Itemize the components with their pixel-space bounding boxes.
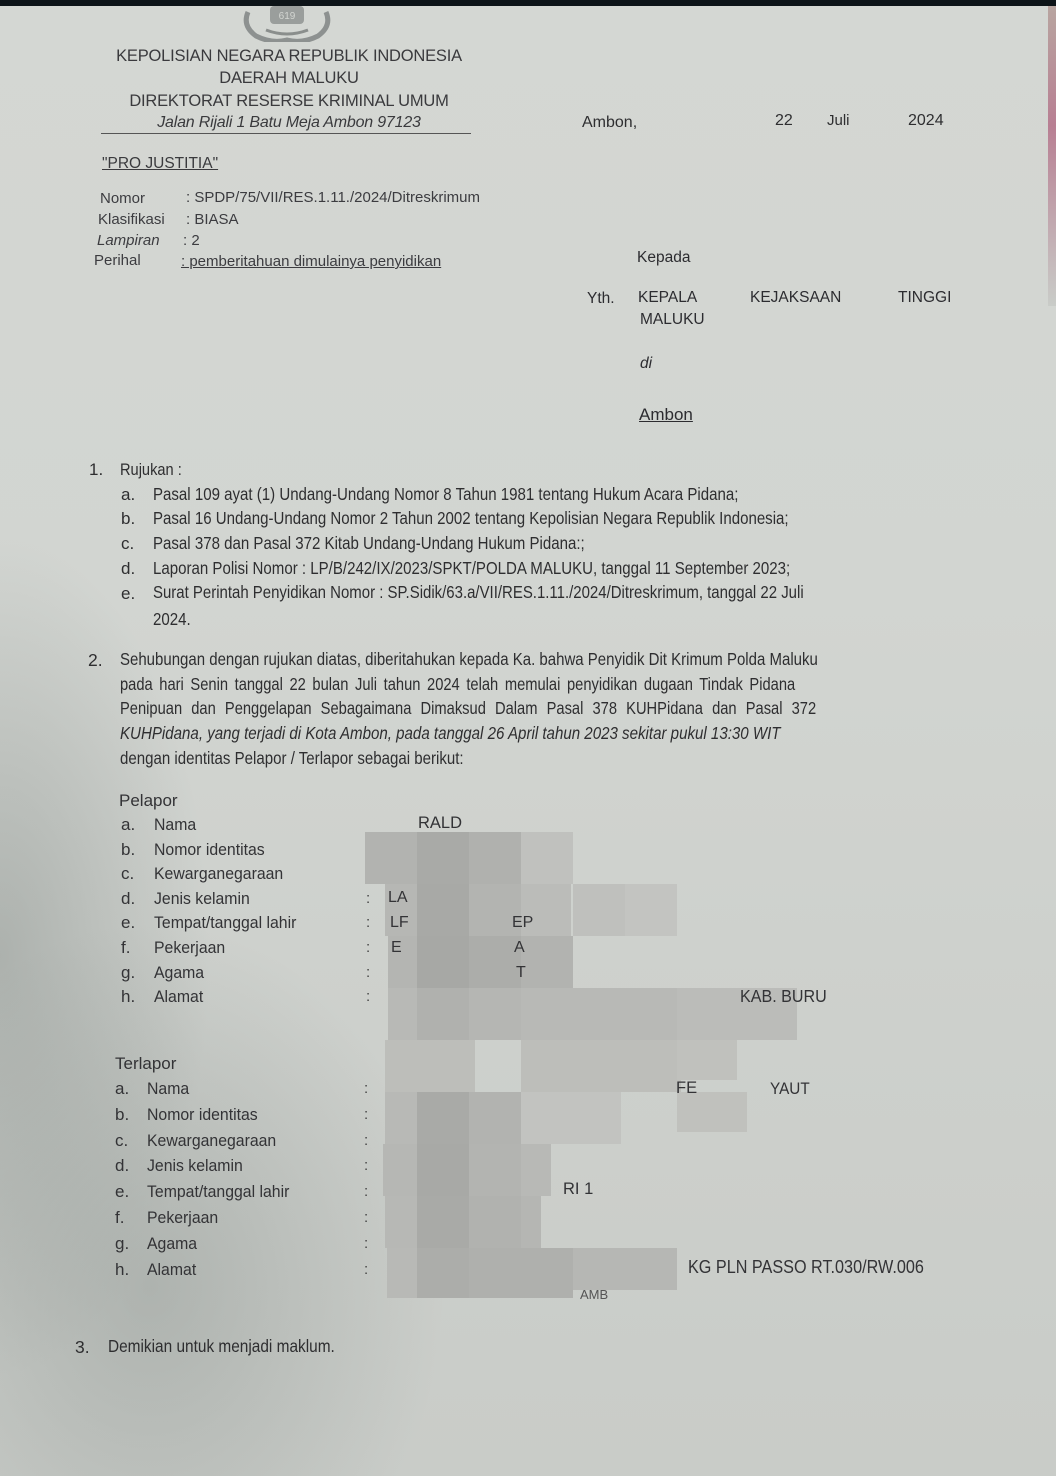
meta-lampiran-value: : 2 bbox=[183, 232, 200, 249]
pelapor-field-label: Nama bbox=[154, 815, 199, 835]
police-emblem-icon: 619 bbox=[238, 4, 336, 42]
redaction-block bbox=[365, 832, 417, 884]
redaction-block bbox=[521, 1040, 681, 1092]
date-month: Juli bbox=[827, 112, 850, 129]
redaction-block bbox=[385, 1040, 475, 1092]
redaction-block bbox=[417, 1092, 469, 1144]
section3-number: 3. bbox=[75, 1337, 90, 1358]
letterhead-line1: KEPOLISIAN NEGARA REPUBLIK INDONESIA bbox=[104, 47, 474, 66]
pelapor-field-label: Kewarganegaraan bbox=[154, 864, 293, 884]
pelapor-jk-fragment: LA bbox=[388, 889, 408, 907]
recipient-yth: Yth. bbox=[587, 290, 615, 308]
section2-line2: pada hari Senin tanggal 22 bulan Juli ta… bbox=[120, 674, 924, 695]
ref-d-text: Laporan Polisi Nomor : LP/B/242/IX/2023/… bbox=[153, 558, 894, 579]
ref-b-text: Pasal 16 Undang-Undang Nomor 2 Tahun 200… bbox=[153, 508, 892, 529]
letterhead-line3: DIREKTORAT RESERSE KRIMINAL UMUM bbox=[104, 92, 474, 111]
pelapor-field-letter: c. bbox=[121, 864, 134, 884]
redaction-block bbox=[469, 832, 521, 884]
pelapor-field-letter: a. bbox=[121, 815, 135, 835]
redaction-block bbox=[573, 884, 625, 936]
pelapor-ttl-fragment: LF bbox=[390, 914, 409, 932]
pelapor-field-letter: b. bbox=[121, 840, 135, 860]
svg-text:619: 619 bbox=[279, 11, 296, 22]
recipient-line1-b: KEJAKSAAN bbox=[750, 289, 841, 307]
redaction-block bbox=[417, 1248, 469, 1298]
pelapor-field-letter: f. bbox=[121, 938, 130, 958]
pelapor-field-letter: d. bbox=[121, 889, 135, 909]
terlapor-field-label: Agama bbox=[147, 1234, 201, 1254]
redaction-block bbox=[521, 988, 677, 1040]
recipient-kepada: Kepada bbox=[637, 249, 690, 267]
redaction-block bbox=[388, 988, 418, 1040]
meta-nomor-value: : SPDP/75/VII/RES.1.11./2024/Ditreskrimu… bbox=[186, 189, 480, 206]
pelapor-field-letter: g. bbox=[121, 963, 135, 983]
redaction-block bbox=[625, 884, 677, 936]
redaction-block bbox=[417, 832, 469, 884]
terlapor-field-letter: b. bbox=[115, 1105, 129, 1125]
recipient-line1-c: TINGGI bbox=[898, 289, 951, 307]
redaction-block bbox=[521, 1144, 551, 1196]
terlapor-nama-fragment2: YAUT bbox=[770, 1079, 814, 1099]
terlapor-field-label: Pekerjaan bbox=[147, 1208, 224, 1228]
pelapor-alamat-fragment: KAB. BURU bbox=[740, 986, 834, 1007]
redaction-block bbox=[469, 1092, 521, 1144]
section1-title: Rujukan : bbox=[120, 460, 192, 480]
terlapor-field-label: Nama bbox=[147, 1079, 192, 1099]
terlapor-field-label: Alamat bbox=[147, 1260, 200, 1280]
pelapor-agama-fragment2: T bbox=[516, 964, 526, 982]
redaction-block bbox=[417, 1196, 469, 1248]
redaction-block bbox=[521, 1092, 621, 1144]
ref-e-letter: e. bbox=[121, 584, 135, 604]
redaction-block bbox=[677, 1040, 737, 1080]
meta-perihal-label: Perihal bbox=[94, 252, 141, 269]
redaction-block bbox=[677, 1092, 747, 1132]
terlapor-field-letter: f. bbox=[115, 1208, 124, 1228]
terlapor-field-label: Jenis kelamin bbox=[147, 1156, 250, 1176]
section2-line1: Sehubungan dengan rujukan diatas, diberi… bbox=[120, 649, 934, 670]
pro-justitia-label: "PRO JUSTITIA" bbox=[102, 155, 218, 173]
pelapor-heading: Pelapor bbox=[119, 791, 178, 811]
terlapor-field-label: Nomor identitas bbox=[147, 1105, 266, 1125]
pelapor-pekerjaan-fragment: E bbox=[391, 939, 402, 957]
meta-nomor-label: Nomor bbox=[100, 190, 145, 207]
terlapor-field-colon: : bbox=[364, 1235, 368, 1252]
terlapor-field-colon: : bbox=[364, 1080, 368, 1097]
redaction-block bbox=[469, 1248, 573, 1298]
terlapor-alamat-fragment2: AMB bbox=[580, 1287, 608, 1302]
section2-line3: Penipuan dan Penggelapan Sebagaimana Dim… bbox=[120, 698, 949, 719]
pelapor-field-label: Tempat/tanggal lahir bbox=[154, 913, 307, 933]
redaction-block bbox=[417, 884, 469, 936]
terlapor-field-letter: c. bbox=[115, 1131, 128, 1151]
terlapor-field-colon: : bbox=[364, 1209, 368, 1226]
pelapor-field-colon: : bbox=[366, 890, 370, 907]
redaction-block bbox=[385, 1196, 417, 1248]
pelapor-field-label: Pekerjaan bbox=[154, 938, 231, 958]
background-edge bbox=[1048, 6, 1056, 306]
terlapor-field-letter: d. bbox=[115, 1156, 129, 1176]
redaction-block bbox=[469, 988, 521, 1040]
meta-lampiran-label: Lampiran bbox=[97, 232, 160, 249]
ref-a-text: Pasal 109 ayat (1) Undang-Undang Nomor 8… bbox=[153, 484, 834, 505]
pelapor-field-letter: e. bbox=[121, 913, 135, 933]
date-day: 22 bbox=[775, 112, 793, 130]
terlapor-field-label: Kewarganegaraan bbox=[147, 1131, 286, 1151]
section2-number: 2. bbox=[88, 650, 103, 671]
terlapor-nama-fragment: FE bbox=[676, 1079, 697, 1098]
ref-b-letter: b. bbox=[121, 509, 135, 529]
terlapor-field-colon: : bbox=[364, 1106, 368, 1123]
terlapor-field-colon: : bbox=[364, 1261, 368, 1278]
recipient-line2: MALUKU bbox=[640, 311, 705, 329]
pelapor-field-label: Agama bbox=[154, 963, 208, 983]
ref-c-text: Pasal 378 dan Pasal 372 Kitab Undang-Und… bbox=[153, 533, 655, 554]
ref-c-letter: c. bbox=[121, 534, 134, 554]
terlapor-heading: Terlapor bbox=[115, 1054, 176, 1074]
terlapor-field-letter: g. bbox=[115, 1234, 129, 1254]
redaction-block bbox=[469, 1196, 521, 1248]
redaction-block bbox=[521, 832, 573, 884]
recipient-line1-a: KEPALA bbox=[638, 289, 697, 307]
pelapor-nama-fragment: RALD bbox=[418, 814, 462, 833]
terlapor-field-colon: : bbox=[364, 1183, 368, 1200]
pelapor-field-label: Jenis kelamin bbox=[154, 889, 257, 909]
section2-line4: KUHPidana, yang terjadi di Kota Ambon, p… bbox=[120, 723, 886, 744]
pelapor-field-colon: : bbox=[366, 988, 370, 1005]
ref-e-text-cont: 2024. bbox=[153, 609, 197, 630]
redaction-block bbox=[521, 1196, 541, 1248]
section3-text: Demikian untuk menjadi maklum. bbox=[108, 1336, 366, 1357]
recipient-city: Ambon bbox=[639, 405, 693, 425]
pelapor-ttl-fragment2: EP bbox=[512, 914, 533, 932]
pelapor-pekerjaan-fragment2: A bbox=[514, 939, 525, 957]
meta-perihal-value: : pemberitahuan dimulainya penyidikan bbox=[181, 253, 441, 270]
redaction-block bbox=[469, 1144, 521, 1196]
terlapor-field-letter: e. bbox=[115, 1182, 129, 1202]
terlapor-field-letter: h. bbox=[115, 1260, 129, 1280]
pelapor-field-label: Nomor identitas bbox=[154, 840, 273, 860]
pelapor-field-colon: : bbox=[366, 939, 370, 956]
section2-line5: dengan identitas Pelapor / Terlapor seba… bbox=[120, 748, 520, 769]
redaction-block bbox=[521, 936, 573, 988]
redaction-block bbox=[417, 936, 469, 988]
date-year: 2024 bbox=[908, 112, 944, 130]
ref-a-letter: a. bbox=[121, 485, 135, 505]
pelapor-field-colon: : bbox=[366, 964, 370, 981]
terlapor-field-label: Tempat/tanggal lahir bbox=[147, 1182, 300, 1202]
date-city: Ambon, bbox=[582, 114, 637, 132]
terlapor-ttl-fragment: RI 1 bbox=[563, 1180, 593, 1199]
pelapor-field-colon: : bbox=[366, 914, 370, 931]
redaction-block bbox=[417, 988, 469, 1040]
recipient-di: di bbox=[640, 355, 652, 373]
letterhead-line2: DAERAH MALUKU bbox=[104, 69, 474, 88]
letterhead-address: Jalan Rijali 1 Batu Meja Ambon 97123 bbox=[104, 114, 474, 132]
terlapor-field-colon: : bbox=[364, 1157, 368, 1174]
redaction-block bbox=[573, 1248, 677, 1290]
terlapor-field-letter: a. bbox=[115, 1079, 129, 1099]
pelapor-field-label: Alamat bbox=[154, 987, 207, 1007]
terlapor-alamat-fragment: KG PLN PASSO RT.030/RW.006 bbox=[688, 1257, 950, 1278]
section1-number: 1. bbox=[89, 460, 103, 480]
meta-klasifikasi-label: Klasifikasi bbox=[98, 211, 165, 228]
pelapor-field-letter: h. bbox=[121, 987, 135, 1007]
meta-klasifikasi-value: : BIASA bbox=[186, 211, 239, 228]
redaction-block bbox=[385, 1092, 417, 1144]
redaction-block bbox=[387, 1248, 417, 1298]
ref-d-letter: d. bbox=[121, 559, 135, 579]
redaction-block bbox=[383, 1144, 417, 1196]
ref-e-text: Surat Perintah Penyidikan Nomor : SP.Sid… bbox=[153, 582, 914, 603]
letterhead-divider bbox=[101, 133, 471, 134]
redaction-block bbox=[417, 1144, 469, 1196]
terlapor-field-colon: : bbox=[364, 1132, 368, 1149]
